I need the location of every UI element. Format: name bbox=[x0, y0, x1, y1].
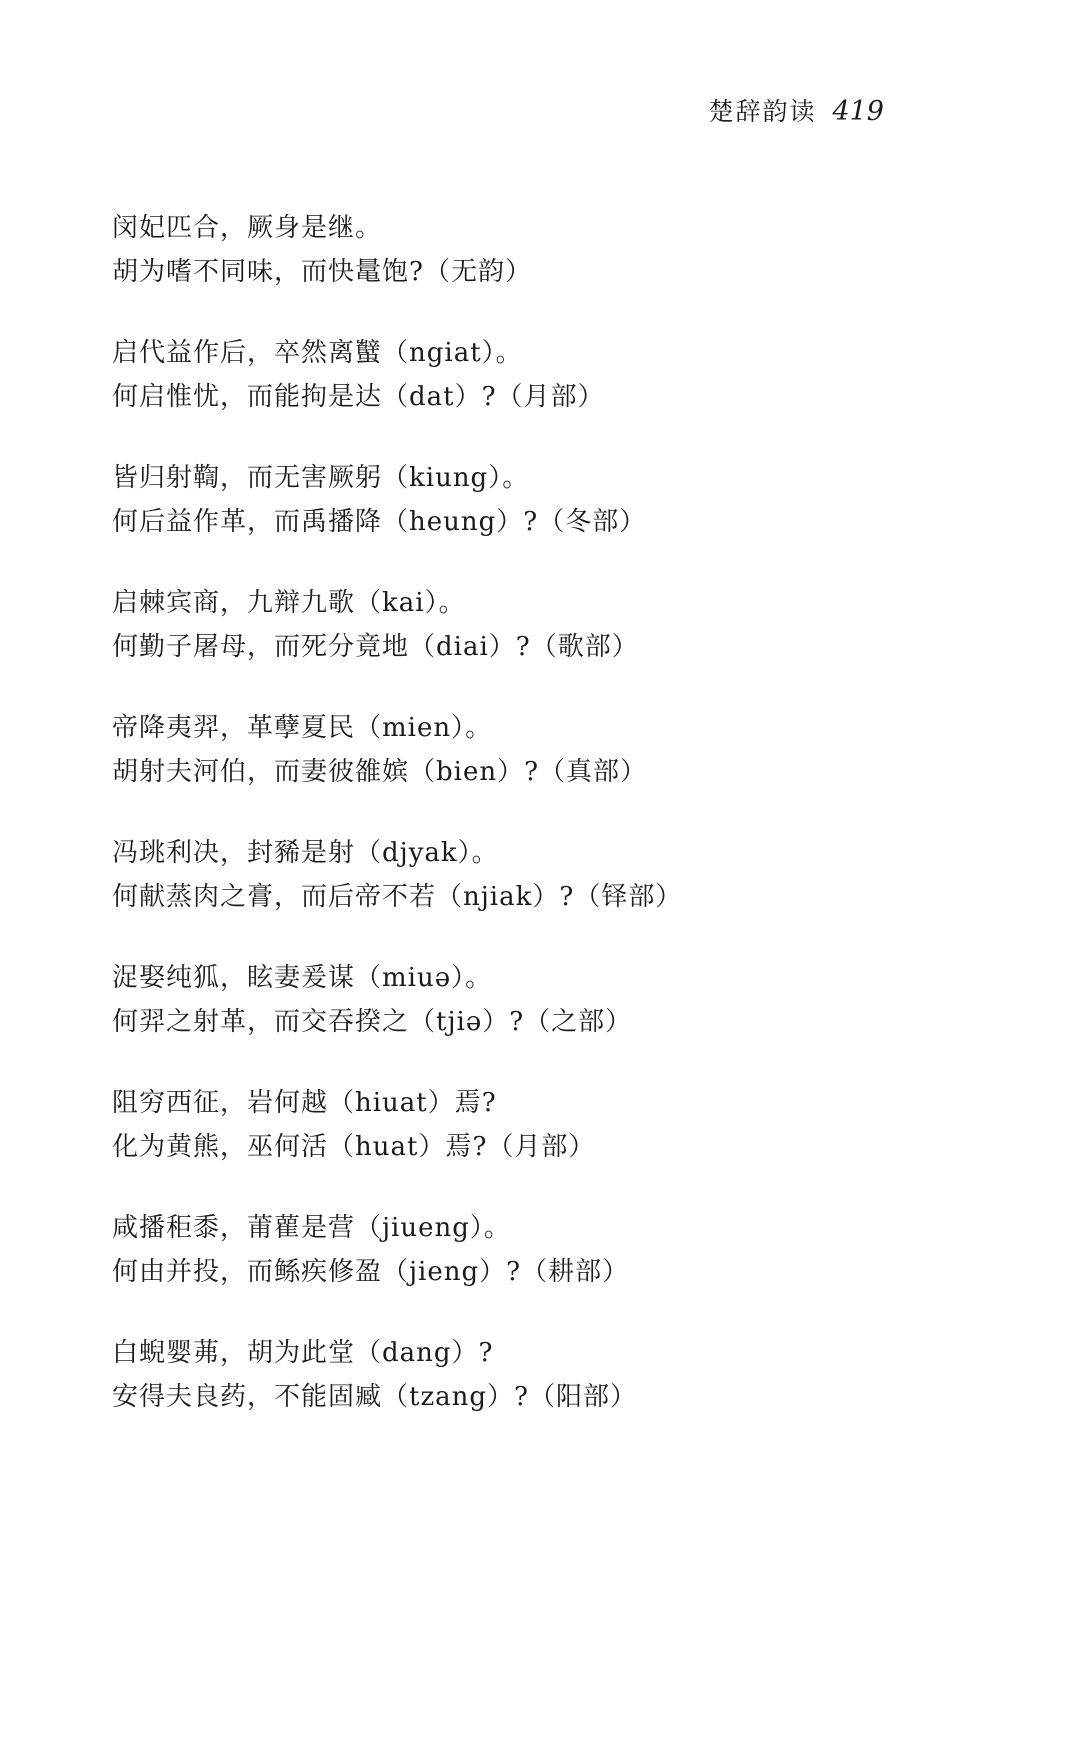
poem-line: 启棘宾商，九辩九歌（kai）。 bbox=[112, 581, 1010, 625]
poem-line: 何后益作革，而禹播降（heung）?（冬部） bbox=[112, 500, 1010, 544]
stanza: 闵妃匹合，厥身是继。胡为嗜不同味，而快鼌饱?（无韵） bbox=[112, 206, 1010, 294]
poem-line: 咸播秬黍，莆雚是营（jiueng）。 bbox=[112, 1206, 1010, 1250]
poem-line: 化为黄熊，巫何活（huat）焉?（月部） bbox=[112, 1125, 1010, 1169]
stanza: 启代益作后，卒然离蠥（ngiat）。何启惟忧，而能拘是达（dat）?（月部） bbox=[112, 331, 1010, 419]
poem-line: 何启惟忧，而能拘是达（dat）?（月部） bbox=[112, 375, 1010, 419]
poem-line: 何勤子屠母，而死分竟地（diai）?（歌部） bbox=[112, 625, 1010, 669]
running-head: 楚辞韵读 419 bbox=[708, 92, 884, 128]
stanza: 帝降夷羿，革孽夏民（mien）。胡射夫河伯，而妻彼雒嫔（bien）?（真部） bbox=[112, 706, 1010, 794]
poem-line: 帝降夷羿，革孽夏民（mien）。 bbox=[112, 706, 1010, 750]
stanza: 白蜺婴茀，胡为此堂（dang）?安得夫良药，不能固臧（tzang）?（阳部） bbox=[112, 1331, 1010, 1419]
poem-line: 何献蒸肉之膏，而后帝不若（njiak）?（铎部） bbox=[112, 875, 1010, 919]
book-page: 楚辞韵读 419 闵妃匹合，厥身是继。胡为嗜不同味，而快鼌饱?（无韵）启代益作后… bbox=[0, 0, 1080, 1758]
poem-line: 冯珧利决，封豨是射（djyak）。 bbox=[112, 831, 1010, 875]
stanza: 阻穷西征，岩何越（hiuat）焉?化为黄熊，巫何活（huat）焉?（月部） bbox=[112, 1081, 1010, 1169]
poem-body: 闵妃匹合，厥身是继。胡为嗜不同味，而快鼌饱?（无韵）启代益作后，卒然离蠥（ngi… bbox=[112, 206, 1010, 1456]
stanza: 皆归射鞫，而无害厥躬（kiung）。何后益作革，而禹播降（heung）?（冬部） bbox=[112, 456, 1010, 544]
poem-line: 胡为嗜不同味，而快鼌饱?（无韵） bbox=[112, 250, 1010, 294]
poem-line: 闵妃匹合，厥身是继。 bbox=[112, 206, 1010, 250]
poem-line: 安得夫良药，不能固臧（tzang）?（阳部） bbox=[112, 1375, 1010, 1419]
stanza: 冯珧利决，封豨是射（djyak）。何献蒸肉之膏，而后帝不若（njiak）?（铎部… bbox=[112, 831, 1010, 919]
poem-line: 皆归射鞫，而无害厥躬（kiung）。 bbox=[112, 456, 1010, 500]
stanza: 浞娶纯狐，眩妻爰谋（miuə）。何羿之射革，而交吞揆之（tjiə）?（之部） bbox=[112, 956, 1010, 1044]
poem-line: 浞娶纯狐，眩妻爰谋（miuə）。 bbox=[112, 956, 1010, 1000]
poem-line: 胡射夫河伯，而妻彼雒嫔（bien）?（真部） bbox=[112, 750, 1010, 794]
poem-line: 白蜺婴茀，胡为此堂（dang）? bbox=[112, 1331, 1010, 1375]
poem-line: 阻穷西征，岩何越（hiuat）焉? bbox=[112, 1081, 1010, 1125]
stanza: 启棘宾商，九辩九歌（kai）。何勤子屠母，而死分竟地（diai）?（歌部） bbox=[112, 581, 1010, 669]
stanza: 咸播秬黍，莆雚是营（jiueng）。何由并投，而鲧疾修盈（jieng）?（耕部） bbox=[112, 1206, 1010, 1294]
poem-line: 何羿之射革，而交吞揆之（tjiə）?（之部） bbox=[112, 1000, 1010, 1044]
page-number: 419 bbox=[832, 96, 884, 127]
poem-line: 启代益作后，卒然离蠥（ngiat）。 bbox=[112, 331, 1010, 375]
poem-line: 何由并投，而鲧疾修盈（jieng）?（耕部） bbox=[112, 1250, 1010, 1294]
running-head-title: 楚辞韵读 bbox=[708, 92, 816, 128]
